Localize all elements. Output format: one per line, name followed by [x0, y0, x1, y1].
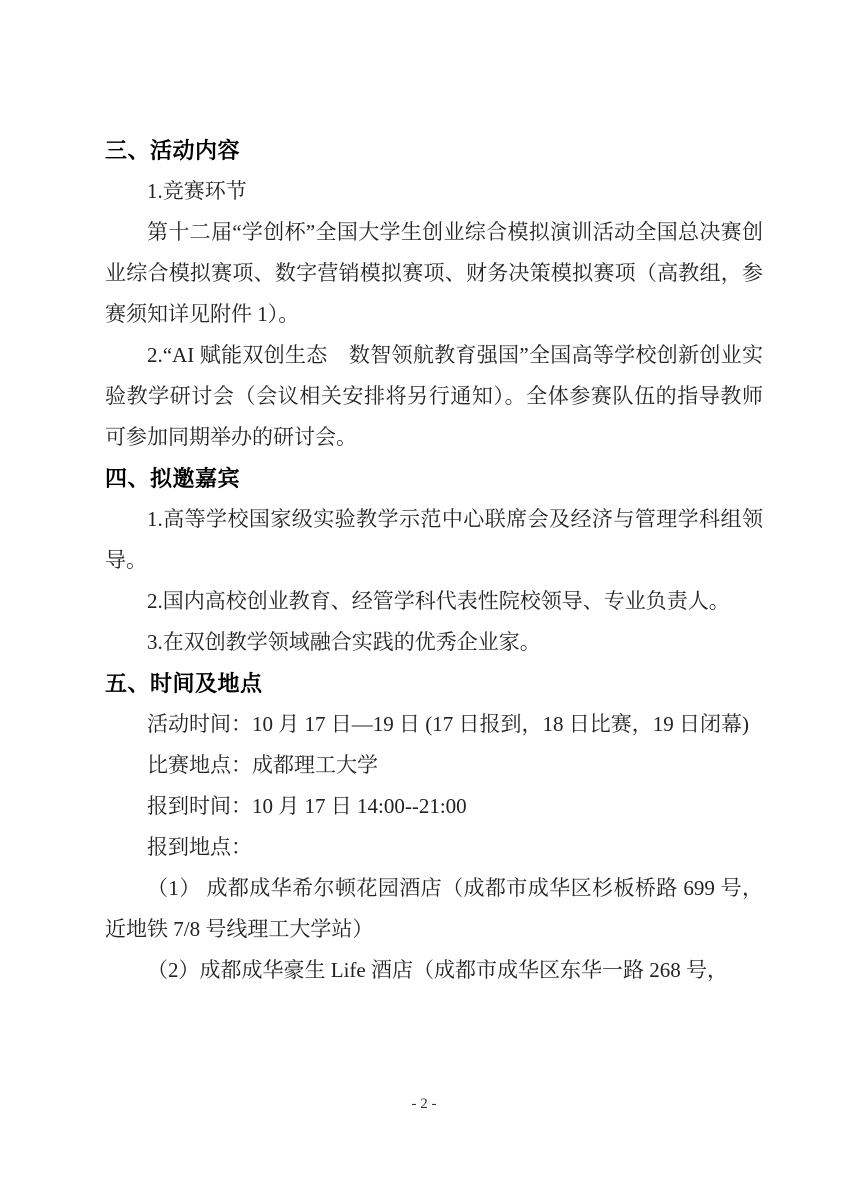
section-heading-guests: 四、拟邀嘉宾	[105, 458, 763, 499]
section-heading-time-place: 五、时间及地点	[105, 663, 763, 704]
page-number: - 2 -	[0, 1096, 848, 1113]
paragraph-checkin-place-label: 报到地点：	[105, 827, 763, 868]
paragraph-hotel-2: （2）成都成华豪生 Life 酒店（成都市成华区东华一路 268 号，	[105, 950, 763, 991]
document-page: 三、活动内容 1.竞赛环节 第十二届“学创杯”全国大学生创业综合模拟演训活动全国…	[0, 0, 848, 1200]
paragraph-guests-2: 2.国内高校创业教育、经管学科代表性院校领导、专业负责人。	[105, 581, 763, 622]
paragraph-competition-detail: 第十二届“学创杯”全国大学生创业综合模拟演训活动全国总决赛创业综合模拟赛项、数字…	[105, 212, 763, 335]
paragraph-hotel-1: （1） 成都成华希尔顿花园酒店（成都市成华区杉板桥路 699 号，近地铁 7/8…	[105, 868, 763, 950]
paragraph-competition-place: 比赛地点：成都理工大学	[105, 745, 763, 786]
document-content: 三、活动内容 1.竞赛环节 第十二届“学创杯”全国大学生创业综合模拟演训活动全国…	[105, 130, 763, 991]
paragraph-guests-1: 1.高等学校国家级实验教学示范中心联席会及经济与管理学科组领导。	[105, 499, 763, 581]
paragraph-guests-3: 3.在双创教学领域融合实践的优秀企业家。	[105, 622, 763, 663]
paragraph-competition-stage: 1.竞赛环节	[105, 171, 763, 212]
paragraph-checkin-time: 报到时间：10 月 17 日 14:00--21:00	[105, 786, 763, 827]
section-heading-activities: 三、活动内容	[105, 130, 763, 171]
paragraph-activity-time: 活动时间：10 月 17 日—19 日 (17 日报到，18 日比赛，19 日闭…	[105, 704, 763, 745]
paragraph-seminar-detail: 2.“AI 赋能双创生态 数智领航教育强国”全国高等学校创新创业实验教学研讨会（…	[105, 335, 763, 458]
